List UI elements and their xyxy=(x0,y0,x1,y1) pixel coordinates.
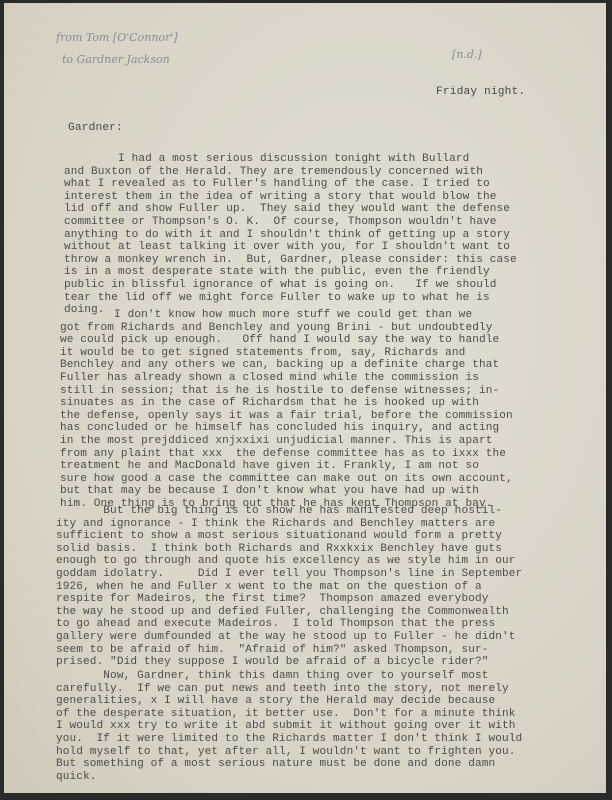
letter-line: what I revealed as to Fuller's handling … xyxy=(64,178,564,191)
letter-line: throw a monkey wrench in. But, Gardner, … xyxy=(64,254,564,267)
handwritten-date-note: [n.d.] xyxy=(452,48,482,62)
salutation: Gardner: xyxy=(68,122,123,134)
letter-line: seem to be afraid of him. "Afraid of him… xyxy=(56,644,556,657)
letter-line: 1926, when he and Fuller x went to the m… xyxy=(56,581,556,594)
letter-line: got from Richards and Benchley and young… xyxy=(60,322,560,335)
letter-line: public in blissful ignorance of what is … xyxy=(64,279,564,292)
letter-line: I don't know how much more stuff we coul… xyxy=(60,309,560,322)
letter-line: But the big thing is to show he has mani… xyxy=(56,505,556,518)
letter-line: still in session; that is he is hostile … xyxy=(60,385,560,398)
letter-line: gallery were dumfounded at the way he st… xyxy=(56,631,556,644)
letter-line: anything to do with it and I shouldn't t… xyxy=(64,229,564,242)
letter-line: in the most prejddiced xnjxxixi unjudici… xyxy=(60,435,560,448)
letter-line: treatment he and MacDonald have given it… xyxy=(60,460,560,473)
letter-line: and Buxton of the Herald. They are treme… xyxy=(64,166,564,179)
letter-line: But something of a most serious nature m… xyxy=(56,758,556,771)
letter-line: generalities, x I will have a story the … xyxy=(56,695,556,708)
letter-line: I had a most serious discussion tonight … xyxy=(64,153,564,166)
letter-line: of the desperate situation, it better us… xyxy=(56,708,556,721)
letter-line: I would xxx try to write it abd submit i… xyxy=(56,720,556,733)
letter-line: but that may be because I don't know wha… xyxy=(60,485,560,498)
letter-line: you. If it were limited to the Richards … xyxy=(56,733,556,746)
paragraph-4: Now, Gardner, think this damn thing over… xyxy=(56,670,556,783)
letter-line: from any plaint that xxx the defense com… xyxy=(60,448,560,461)
letter-line: enough to go through and quote his excel… xyxy=(56,555,556,568)
letter-line: the defense, openly says it was a fair t… xyxy=(60,410,560,423)
letter-line: it would be to get signed statements fro… xyxy=(60,347,560,360)
handwritten-from-note: from Tom [O'Connor'] xyxy=(56,31,178,45)
letter-line: Fuller has already shown a closed mind w… xyxy=(60,372,560,385)
letter-line: solid basis. I think both Richards and R… xyxy=(56,543,556,556)
letter-line: Benchley and any others we can, backing … xyxy=(60,359,560,372)
letter-line: has concluded or he himself has conclude… xyxy=(60,422,560,435)
letter-line: the way he stood up and defied Fuller, c… xyxy=(56,606,556,619)
letter-line: without at least talking it over with yo… xyxy=(64,241,564,254)
letter-page: from Tom [O'Connor'] to Gardner Jackson … xyxy=(4,3,606,793)
letter-line: lid off and show Fuller up. They said th… xyxy=(64,203,564,216)
handwritten-to-note: to Gardner Jackson xyxy=(62,53,170,67)
letter-line: respite for Madeiros, the first time? Th… xyxy=(56,593,556,606)
letter-line: quick. xyxy=(56,771,556,784)
letter-line: carefully. If we can put news and teeth … xyxy=(56,683,556,696)
letter-line: sinuates as in the case of Richardsm tha… xyxy=(60,397,560,410)
letter-line: sufficient to show a most serious situat… xyxy=(56,530,556,543)
letter-line: goddam idolatry. Did I ever tell you Tho… xyxy=(56,568,556,581)
letter-line: prised. "Did they suppose I would be afr… xyxy=(56,656,556,669)
letter-line: to go ahead and execute Madeiros. I told… xyxy=(56,618,556,631)
dateline: Friday night. xyxy=(436,86,525,98)
letter-line: we could pick up enough. Off hand I woul… xyxy=(60,334,560,347)
paragraph-1: I had a most serious discussion tonight … xyxy=(64,153,564,317)
letter-line: sure how good a case the committee can m… xyxy=(60,473,560,486)
letter-line: interest them in the idea of writing a s… xyxy=(64,191,564,204)
paragraph-3: But the big thing is to show he has mani… xyxy=(56,505,556,669)
letter-line: hold myself to that, yet after all, I wo… xyxy=(56,746,556,759)
letter-line: is in a most desperate state with the pu… xyxy=(64,266,564,279)
paragraph-2: I don't know how much more stuff we coul… xyxy=(60,309,560,511)
letter-line: Now, Gardner, think this damn thing over… xyxy=(56,670,556,683)
letter-line: committee or Thompson's O. K. Of course,… xyxy=(64,216,564,229)
letter-line: tear the lid off we might force Fuller t… xyxy=(64,292,564,305)
letter-line: ity and ignorance - I think the Richards… xyxy=(56,518,556,531)
